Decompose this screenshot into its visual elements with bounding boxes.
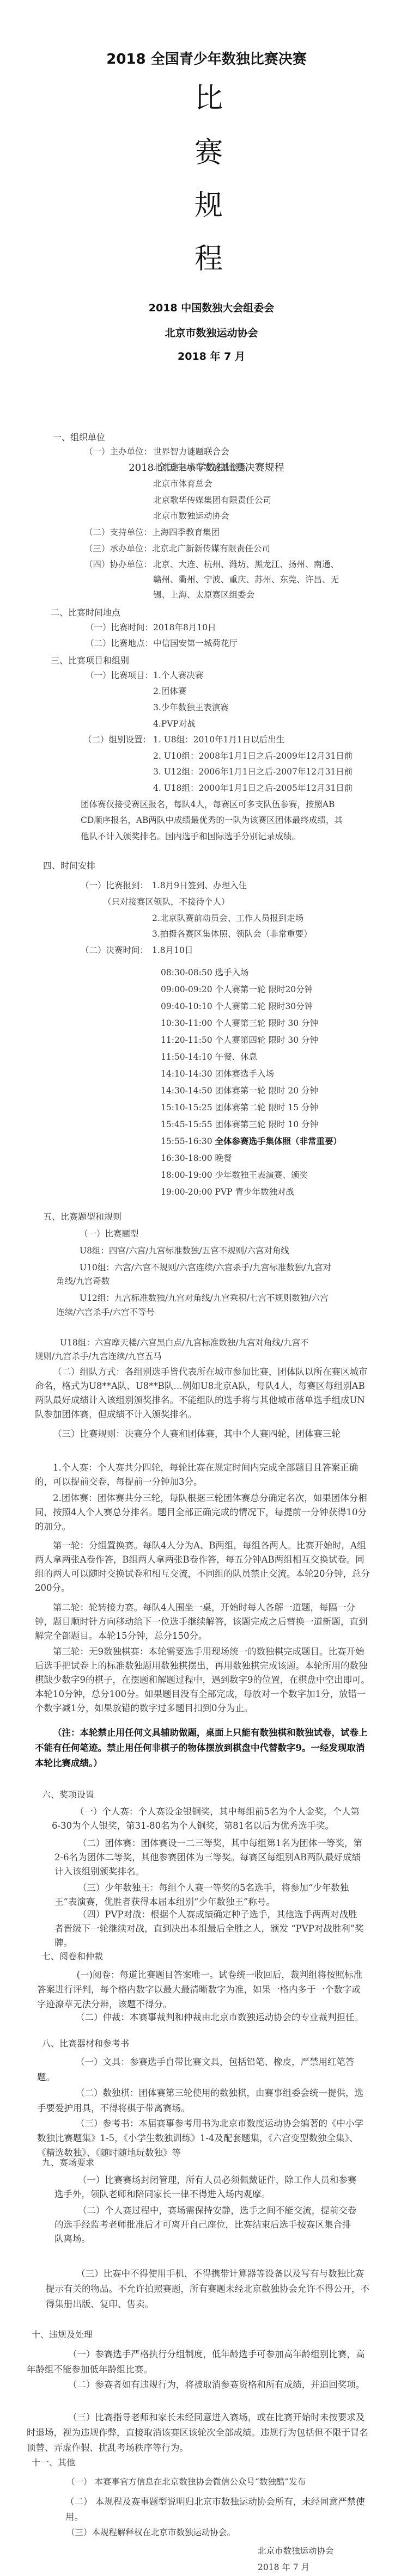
round3-rule: 第三轮：无9数独棋赛：本轮需要选手用现场统一的数独棋完成题目。比赛开始后选手把试… [35,1645,373,1716]
schedule-event: 个人赛第二轮 限时30分钟 [215,1001,313,1011]
schedule-row: 14:10-14:30 团体赛选手入场 [161,1068,274,1079]
schedule-row: 09:40-10:10 个人赛第二轮 限时30分钟 [161,1001,313,1012]
schedule-event: 晚餐 [215,1153,232,1163]
u8-types: U8组：四宫/六宫/九宫标准数独/五宫不规则/六宫对角线 [80,1245,289,1256]
round1-rule: 第一轮：分组置换赛。每队4人分为A、B两组，每组各两人。比赛开始时，A组两人拿两… [35,1539,373,1595]
host-item: 世界智力谜题联合会 [153,446,229,457]
individual-rule: 1.个人赛：个人赛共分四轮，每轮比赛在规定时间内完成全部题目且答案正确的，可以提… [35,1461,373,1489]
marking-rule: (一)阅卷：每道比赛题目答案唯一。试卷统一收回后，裁判组将按照标准答案进行评判，… [37,1968,364,2012]
section-heading: 十、违规及处理 [32,2328,93,2340]
checkin-item: 2.北京队赛前动员会、工作人员报到走场 [152,913,303,924]
schedule-event: 选手入场 [215,968,249,977]
cover-big-char: 赛 [195,130,223,170]
venue-rule-3: （三）比赛中不得使用手机，不得携带计算器等设备以及写有与数独比赛提示有关的物品。… [46,2266,373,2312]
event-item: 1.个人赛决赛 [153,670,203,681]
stationery-rule: （一）文具：参赛选手自带比赛文具，包括铅笔、橡皮，严禁用红笔答题。 [37,2055,364,2085]
schedule-time: 09:40-10:10 [161,1001,212,1011]
group-item: 3. U12组：2006年1月1日之后-2007年12月31日前 [153,766,353,777]
schedule-time: 15:55-16:30 [161,1136,212,1146]
host-item: 北京歌华传媒集团有限责任公司 [153,495,271,506]
section-heading: 五、比赛题型和规则 [43,1210,121,1222]
schedule-event: PVP 青少年数独对战 [215,1187,294,1197]
schedule-event: 个人赛第四轮 限时 30 分钟 [215,1035,319,1045]
cover-association: 北京市数独运动协会 [0,325,401,340]
schedule-time: 11:20-11:50 [161,1035,212,1045]
signature-org: 北京市数独运动协会 [258,2546,334,2556]
schedule-row: 19:00-20:00 PVP 青少年数独对战 [161,1186,294,1197]
schedule-time: 14:30-14:50 [161,1086,212,1096]
schedule-row: 15:10-15:25 团体赛第二轮 限时 15 分钟 [161,1102,318,1113]
u18-types-cont: 规则/九宫杀手/九宫连续/九宫五马 [35,1351,162,1362]
schedule-row: 11:20-11:50 个人赛第四轮 限时 30 分钟 [161,1035,318,1046]
award-team: （二）团体赛：团体赛设一二三等奖，其中每组第1名为团体一等奖，第2-6名为团体二… [54,1836,365,1879]
event-time: （一）比赛时间：2018年8月10日 [86,622,216,633]
u18-types: U18组：六宫摩天楼/六宫黑白点/九宫标准数独/九宫对角线/九宫不 [60,1337,309,1348]
schedule-event: 个人赛第一轮 限时20分钟 [215,985,313,994]
schedule-row: 09:00-09:20 个人赛第一轮 限时20分钟 [161,984,313,995]
award-pvp: （四）PVP对战：根据个人赛成绩确定种子选手，其他选手两两对战胜者晋级下一轮继续… [54,1908,365,1950]
team-note: CD顺序报名，AB两队中成绩最优秀的一队为该赛区团体最终成绩，其 [81,815,343,826]
schedule-time: 15:10-15:25 [161,1103,212,1112]
co-line: 锡、上海、太原赛区组委会 [153,589,254,600]
award-king: （三）少年数独王：每组个人赛一等奖的5名选手，将参加“少年数独王”表演赛，优胜者… [54,1881,365,1909]
final-date: 1.8月10日 [152,945,193,956]
schedule-time: 15:45-15:55 [161,1120,212,1129]
u10-types: U10组：六宫/六宫不规则/六宫连续/六宫杀手/九宫标准数独/九宫对 [80,1262,331,1273]
events-label: （一）比赛项目： [86,670,153,681]
u12-types-cont: 连续/六宫杀手/六宫不等号 [56,1307,155,1318]
undertake-unit: （三）承办单位：北京北广新新传媒有限责任公司 [84,543,270,554]
other-item-3: （三）本规程解释权在北京市数独运动协会。 [66,2527,235,2538]
cover-organizer: 2018 中国数独大会组委会 [0,300,401,315]
violation-rule-1: （一）参赛选手严格执行分组制度，低年龄选手可参加高年龄组别比赛，高年龄组不能参加… [27,2347,373,2377]
schedule-row: 11:50-14:10 午餐、休息 [161,1052,257,1062]
schedule-event: 团体赛第二轮 限时 15 分钟 [215,1103,319,1112]
checkin-item: 3.拍摄各赛区集体照、领队会（非常重要） [152,929,312,939]
event-place: （二）比赛地点：中信国安第一城荷花厅 [86,638,238,649]
reference-books: （三）参考书：本届赛事参考用书为北京市数度运动协会编著的《中小学数独比赛题集》1… [37,2116,364,2160]
other-item-2: （二） 本规程及赛事题型说明归北京市数独运动协会所有，未经同意严禁使用。 [65,2494,373,2525]
section-heading: 四、时间安排 [43,859,95,871]
round3-note: （注：本轮禁止用任何文具辅助做题，桌面上只能有数独棋和数独试卷，试卷上不能有任何… [35,1725,373,1771]
host-item: 北京市体育总会 [153,478,212,489]
schedule-time: 18:00-19:00 [161,1170,212,1180]
section-heading: 八、比赛器材和参考书 [42,2037,129,2049]
section-heading: 三、比赛项目和组别 [51,654,129,666]
co-line: 北京、大连、杭州、潍坊、黑龙江、扬州、南通、 [153,559,339,570]
schedule-event: 全体参赛选手集体照（非常重要） [215,1136,342,1146]
section-heading: 一、组织单位 [53,431,105,443]
group-item: 4. U18组：2000年1月1日之后-2005年12月31日前 [153,783,353,794]
cover-big-char: 比 [195,75,223,116]
signature-date: 2018 年 7 月 [258,2562,309,2573]
event-item: 3.少年数独王表演赛 [153,702,229,713]
event-item: 4.PVP对战 [153,718,196,729]
section-heading: 十一、其他 [32,2456,75,2468]
checkin-item: 1.8月9日签到、办理入住 [152,880,247,891]
team-note: 他队不计入颁奖排名。国内选手和国际选手分别记录成绩。 [81,831,300,842]
support-unit: （二）支持单位：上海四季教育集团 [84,527,220,538]
section-heading: 二、比赛时间地点 [51,606,120,618]
schedule-time: 14:10-14:30 [161,1069,212,1079]
schedule-time: 10:30-11:00 [161,1018,212,1028]
venue-rule-2: （二）个人赛过程中，赛场需保持安静，选手之间不能交流，提前交卷的选手经监考老师批… [54,2204,360,2246]
schedule-event: 个人赛第三轮 限时 30 分钟 [215,1018,319,1028]
cover-title: 2018 全国青少年数独比赛决赛 [0,48,401,68]
group-item: 1. U8组：2010年1月1日以后出生 [153,734,284,745]
section-heading: 九、赛场要求 [42,2156,94,2168]
cover-big-char: 规 [195,182,223,223]
competition-rules: （三）比赛规则：决赛分个人赛和团体赛，其中个人赛四轮，团体赛三轮 [35,1427,373,1441]
sudoku-chess-rule: （二）数独棋：团体赛第三轮使用的数独棋，由赛事组委会统一提供，选手要爱护用具，不… [37,2086,364,2116]
schedule-event: 团体赛选手入场 [215,1069,275,1079]
schedule-time: 08:30-08:50 [161,968,212,977]
cover-date: 2018 年 7 月 [0,348,401,363]
schedule-event: 团体赛第一轮 限时 20 分钟 [215,1086,319,1096]
other-item-1: （一） 本赛事官方信息在北京数独协会微信公众号“数独酷”发布 [66,2476,306,2487]
schedule-row: 10:30-11:00 个人赛第三轮 限时 30 分钟 [161,1018,318,1029]
schedule-row: 16:30-18:00 晚餐 [161,1153,232,1164]
checkin-label: （一）比赛报到： [81,880,148,891]
final-label: （二）决赛时间： [81,945,148,956]
checkin-note: （只对接赛区领队，不接待个人） [103,896,230,907]
schedule-row: 08:30-08:50 选手入场 [161,967,249,978]
venue-rule-1: （一）比赛赛场封闭管理，所有人员必须佩戴证件，除工作人员和参赛选手外，领队老师和… [54,2173,360,2202]
groups-label: （二）组别设置： [83,734,151,745]
section-heading: 六、奖项设置 [42,1788,94,1800]
host-item: 北京市数独运动协会 [153,511,229,521]
schedule-row: 14:30-14:50 团体赛第一轮 限时 20 分钟 [161,1085,318,1096]
schedule-row: 15:45-15:55 团体赛第三轮 限时 10 分钟 [161,1119,318,1130]
schedule-time: 09:00-09:20 [161,985,212,994]
event-item: 2.团体赛 [153,686,186,697]
subsection-heading: （一）比赛题型 [80,1228,139,1239]
violation-rule-3: （三）比赛指导老师和家长未经同意进入赛场，或在比赛开始时未按要求及时退场，视为违… [27,2410,373,2456]
schedule-row: 15:55-16:30 全体参赛选手集体照（非常重要） [161,1136,342,1147]
team-formation: （二）组队方式：各组别选手皆代表所在城市参加比赛，团体队以所在赛区城市命名，格式… [35,1365,373,1422]
schedule-time: 11:50-14:10 [161,1052,212,1062]
arbitration-rule: （二）仲裁：本赛事裁判和仲裁由北京市数独运动协会的专业裁判担任。 [37,2011,375,2025]
violation-rule-2: （二）参赛者如有违规行为，将被取消参赛资格和所有成绩，并追回奖项。 [27,2377,373,2393]
section-heading: 七、阅卷和仲裁 [42,1950,103,1962]
schedule-time: 16:30-18:00 [161,1153,212,1163]
u10-types-cont: 角线/九宫奇数 [56,1276,110,1287]
co-line: 赣州、衢州、宁波、重庆、苏州、东莞、许昌、无 [153,574,339,585]
host-item: 北京奥运城市发展基金会 [153,462,246,473]
team-note: 团体赛仅接受赛区报名，每队4人，每赛区可多支队伍参赛，按照AB [81,799,335,810]
schedule-event: 少年数独王表演赛、颁奖 [215,1170,308,1180]
co-label: （四）协办单位： [84,559,152,570]
group-item: 2. U10组：2008年1月1日之后-2009年12月31日前 [153,751,353,761]
schedule-time: 19:00-20:00 [161,1187,212,1197]
award-individual: （一）个人赛：个人赛设金银铜奖，其中每组前5名为个人金奖，个人第6-30为个人银… [52,1805,365,1833]
host-label: （一）主办单位： [84,446,152,457]
u12-types: U12组：九宫标准数独/九宫对角线/九宫乘积/七宫不规则数独/六宫 [80,1293,329,1304]
team-rule: 2.团体赛：团体赛共分三轮，每队根据三轮团体赛总分确定名次，如果团体分相同，按照… [35,1491,373,1534]
cover-big-char: 程 [195,236,223,276]
schedule-row: 18:00-19:00 少年数独王表演赛、颁奖 [161,1170,308,1181]
schedule-event: 午餐、休息 [215,1052,258,1062]
round2-rule: 第二轮：轮转接力赛。每队4人围坐一桌，开始时每人各解一道题，每隔一分钟，题目顺时… [35,1601,373,1643]
schedule-event: 团体赛第三轮 限时 10 分钟 [215,1120,319,1129]
